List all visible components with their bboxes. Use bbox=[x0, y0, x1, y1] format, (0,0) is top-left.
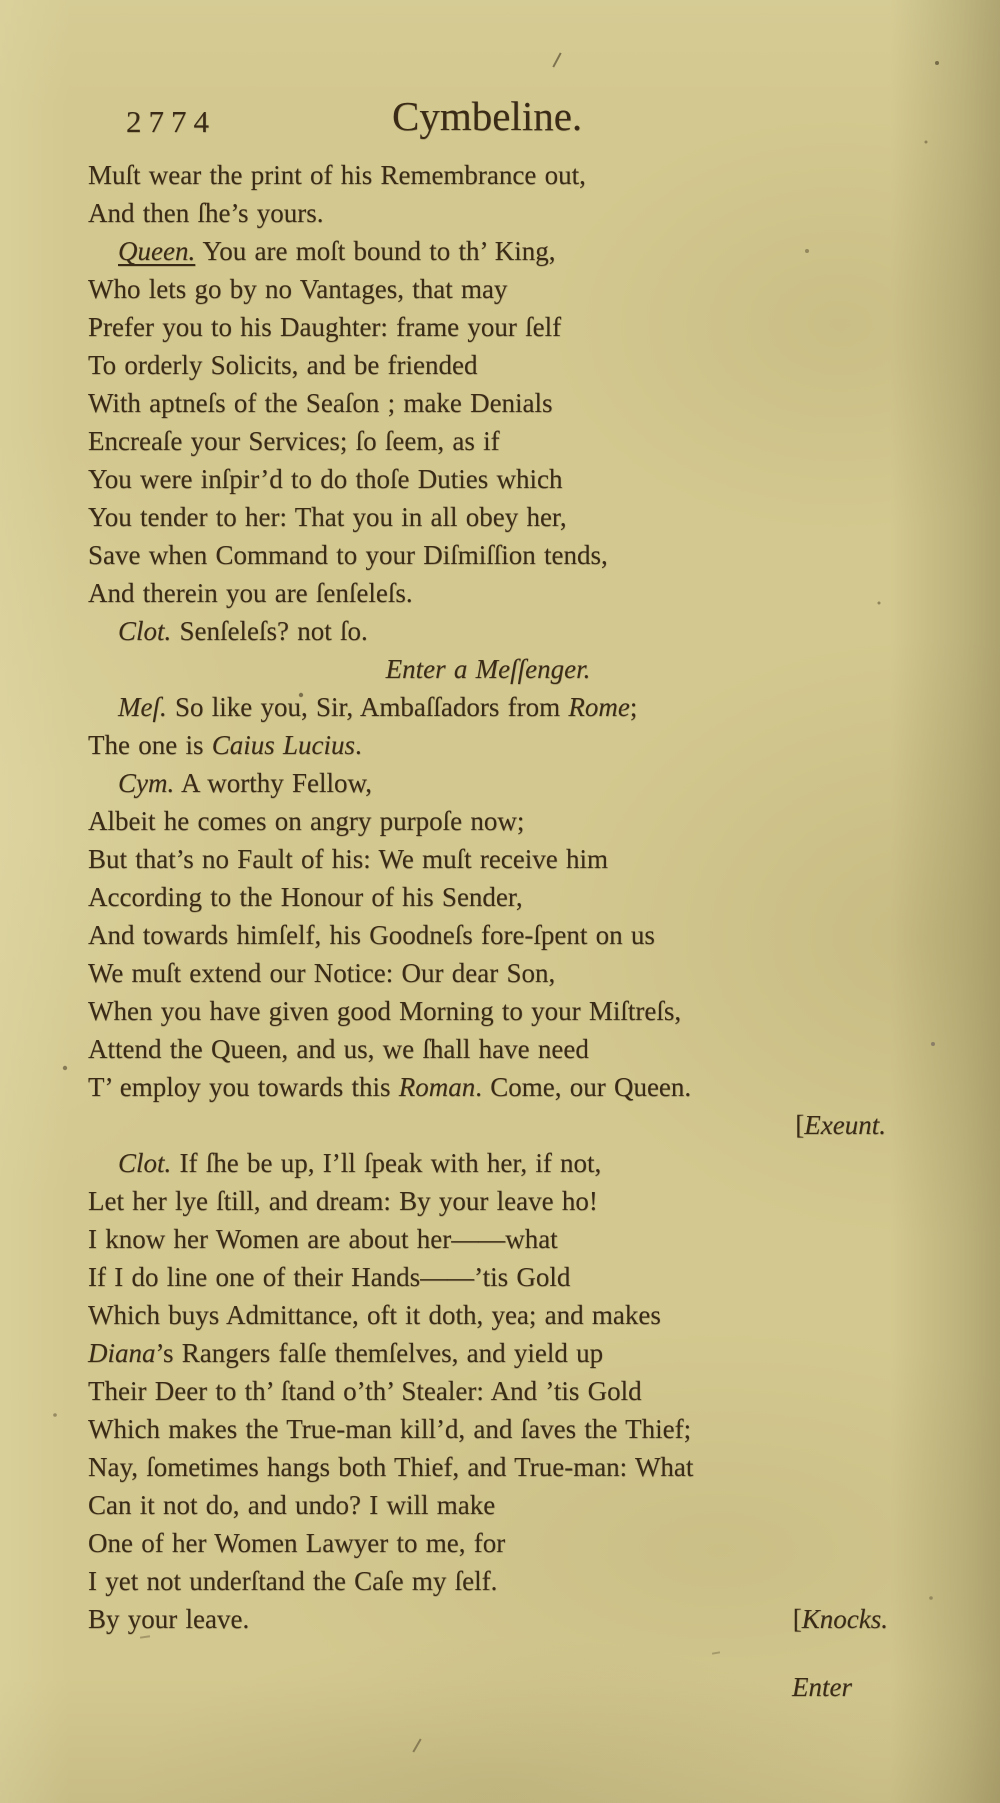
text-segment: ’s Rangers falſe themſelves, and yield u… bbox=[156, 1338, 604, 1368]
text-segment: If I do line one of their Hands——’tis Go… bbox=[88, 1262, 570, 1292]
text-segment: Prefer you to his Daughter: frame your ſ… bbox=[88, 312, 561, 342]
text-line: [Exeunt. bbox=[88, 1106, 888, 1144]
text-line: The one is Caius Lucius. bbox=[88, 726, 888, 764]
text-line: Their Deer to th’ ſtand o’th’ Stealer: A… bbox=[88, 1372, 888, 1410]
text-line: Clot. If ſhe be up, I’ll ſpeak with her,… bbox=[88, 1144, 888, 1182]
text-line: We muſt extend our Notice: Our dear Son, bbox=[88, 954, 888, 992]
text-line: Who lets go by no Vantages, that may bbox=[88, 270, 888, 308]
text-segment: Encreaſe your Services; ſo ſeem, as if bbox=[88, 426, 500, 456]
page-text: Muſt wear the print of his Remembrance o… bbox=[88, 156, 888, 1706]
text-segment: Who lets go by no Vantages, that may bbox=[88, 274, 507, 304]
text-segment: By your leave. bbox=[88, 1604, 249, 1634]
text-line: But that’s no Fault of his: We muſt rece… bbox=[88, 840, 888, 878]
text-segment: You were inſpir’d to do thoſe Duties whi… bbox=[88, 464, 562, 494]
stage-direction: [Knocks. bbox=[793, 1600, 888, 1638]
italic-text-segment: Queen. bbox=[118, 236, 195, 266]
text-line: And towards himſelf, his Goodneſs fore-ſ… bbox=[88, 916, 888, 954]
text-line: Let her lye ſtill, and dream: By your le… bbox=[88, 1182, 888, 1220]
text-line: If I do line one of their Hands——’tis Go… bbox=[88, 1258, 888, 1296]
text-segment: Can it not do, and undo? I will make bbox=[88, 1490, 495, 1520]
text-segment: If ſhe be up, I’ll ſpeak with her, if no… bbox=[171, 1148, 601, 1178]
text-line: Which buys Admittance, oft it doth, yea;… bbox=[88, 1296, 888, 1334]
text-segment: Let her lye ſtill, and dream: By your le… bbox=[88, 1186, 598, 1216]
text-segment: You tender to her: That you in all obey … bbox=[88, 502, 567, 532]
text-segment: Albeit he comes on angry purpoſe now; bbox=[88, 806, 524, 836]
text-line: According to the Honour of his Sender, bbox=[88, 878, 888, 916]
text-line: With aptneſs of the Seaſon ; make Denial… bbox=[88, 384, 888, 422]
text-segment: You are moſt bound to th’ King, bbox=[195, 236, 555, 266]
text-segment: ; bbox=[630, 692, 638, 722]
text-line: I yet not underſtand the Caſe my ſelf. bbox=[88, 1562, 888, 1600]
text-line: Which makes the True-man kill’d, and ſav… bbox=[88, 1410, 888, 1448]
text-line: To orderly Solicits, and be friended bbox=[88, 346, 888, 384]
text-segment: According to the Honour of his Sender, bbox=[88, 882, 523, 912]
italic-text-segment: Knocks. bbox=[802, 1604, 888, 1634]
stray-ink-mark bbox=[412, 1739, 421, 1753]
text-segment: I know her Women are about her——what bbox=[88, 1224, 558, 1254]
italic-text-segment: Exeunt. bbox=[804, 1110, 886, 1140]
page-number: 2774 bbox=[126, 104, 216, 140]
text-segment: We muſt extend our Notice: Our dear Son, bbox=[88, 958, 555, 988]
text-segment: Which buys Admittance, oft it doth, yea;… bbox=[88, 1300, 661, 1330]
text-segment: A worthy Fellow, bbox=[174, 768, 372, 798]
italic-text-segment: Enter a Meſſenger. bbox=[386, 654, 591, 684]
text-segment: And towards himſelf, his Goodneſs fore-ſ… bbox=[88, 920, 655, 950]
text-segment: The one is bbox=[88, 730, 212, 760]
running-title: Cymbeline. bbox=[392, 92, 582, 140]
text-line: Attend the Queen, and us, we ſhall have … bbox=[88, 1030, 888, 1068]
text-line: Prefer you to his Daughter: frame your ſ… bbox=[88, 308, 888, 346]
text-line: Muſt wear the print of his Remembrance o… bbox=[88, 156, 888, 194]
text-line: Enter a Meſſenger. bbox=[88, 650, 888, 688]
italic-text-segment: Clot. bbox=[118, 616, 171, 646]
text-segment: To orderly Solicits, and be friended bbox=[88, 350, 478, 380]
text-segment: Which makes the True-man kill’d, and ſav… bbox=[88, 1414, 691, 1444]
text-line: Nay, ſometimes hangs both Thief, and Tru… bbox=[88, 1448, 888, 1486]
text-segment: One of her Women Lawyer to me, for bbox=[88, 1528, 505, 1558]
text-line: Save when Command to your Diſmiſſion ten… bbox=[88, 536, 888, 574]
text-segment: [ bbox=[793, 1604, 802, 1634]
italic-text-segment: Caius Lucius bbox=[212, 730, 355, 760]
text-segment: And therein you are ſenſeleſs. bbox=[88, 578, 413, 608]
text-line: Queen. You are moſt bound to th’ King, bbox=[88, 232, 888, 270]
text-line: Diana’s Rangers falſe themſelves, and yi… bbox=[88, 1334, 888, 1372]
text-segment: I yet not underſtand the Caſe my ſelf. bbox=[88, 1566, 497, 1596]
catchword-line: Enter bbox=[88, 1668, 888, 1706]
text-line: Cym. A worthy Fellow, bbox=[88, 764, 888, 802]
italic-text-segment: Diana bbox=[88, 1338, 156, 1368]
text-segment: Their Deer to th’ ſtand o’th’ Stealer: A… bbox=[88, 1376, 642, 1406]
book-page: 2774 Cymbeline. Muſt wear the print of h… bbox=[0, 0, 1000, 1803]
text-segment: . bbox=[355, 730, 362, 760]
text-line: One of her Women Lawyer to me, for bbox=[88, 1524, 888, 1562]
text-line: You were inſpir’d to do thoſe Duties whi… bbox=[88, 460, 888, 498]
text-line: Meſ. So like you, Sir, Ambaſſadors from … bbox=[88, 688, 888, 726]
text-segment: Attend the Queen, and us, we ſhall have … bbox=[88, 1034, 589, 1064]
text-line: Encreaſe your Services; ſo ſeem, as if bbox=[88, 422, 888, 460]
text-line: And therein you are ſenſeleſs. bbox=[88, 574, 888, 612]
italic-text-segment: Roman bbox=[399, 1072, 476, 1102]
text-segment: But that’s no Fault of his: We muſt rece… bbox=[88, 844, 608, 874]
stray-ink-mark bbox=[552, 52, 561, 67]
italic-text-segment: Cym. bbox=[118, 768, 174, 798]
text-segment: Save when Command to your Diſmiſſion ten… bbox=[88, 540, 608, 570]
text-line: Albeit he comes on angry purpoſe now; bbox=[88, 802, 888, 840]
text-segment: With aptneſs of the Seaſon ; make Denial… bbox=[88, 388, 553, 418]
text-line: [Knocks.By your leave. bbox=[88, 1600, 888, 1638]
text-segment: So like you, Sir, Ambaſſadors from bbox=[167, 692, 569, 722]
text-segment: Senſeleſs? not ſo. bbox=[171, 616, 367, 646]
text-line: I know her Women are about her——what bbox=[88, 1220, 888, 1258]
italic-text-segment: Clot. bbox=[118, 1148, 171, 1178]
italic-text-segment: Meſ. bbox=[118, 692, 167, 722]
text-line: When you have given good Morning to your… bbox=[88, 992, 888, 1030]
text-line: You tender to her: That you in all obey … bbox=[88, 498, 888, 536]
text-segment: [ bbox=[795, 1110, 804, 1140]
text-segment: Muſt wear the print of his Remembrance o… bbox=[88, 160, 586, 190]
text-line: Clot. Senſeleſs? not ſo. bbox=[88, 612, 888, 650]
paper-specks bbox=[0, 0, 2, 2]
text-line: Can it not do, and undo? I will make bbox=[88, 1486, 888, 1524]
text-line: T’ employ you towards this Roman. Come, … bbox=[88, 1068, 888, 1106]
text-segment: Nay, ſometimes hangs both Thief, and Tru… bbox=[88, 1452, 693, 1482]
text-segment: And then ſhe’s yours. bbox=[88, 198, 323, 228]
text-line: And then ſhe’s yours. bbox=[88, 194, 888, 232]
italic-text-segment: Enter bbox=[792, 1672, 852, 1702]
text-segment: . Come, our Queen. bbox=[475, 1072, 691, 1102]
text-segment: When you have given good Morning to your… bbox=[88, 996, 681, 1026]
italic-text-segment: Rome bbox=[568, 692, 629, 722]
text-segment: T’ employ you towards this bbox=[88, 1072, 399, 1102]
